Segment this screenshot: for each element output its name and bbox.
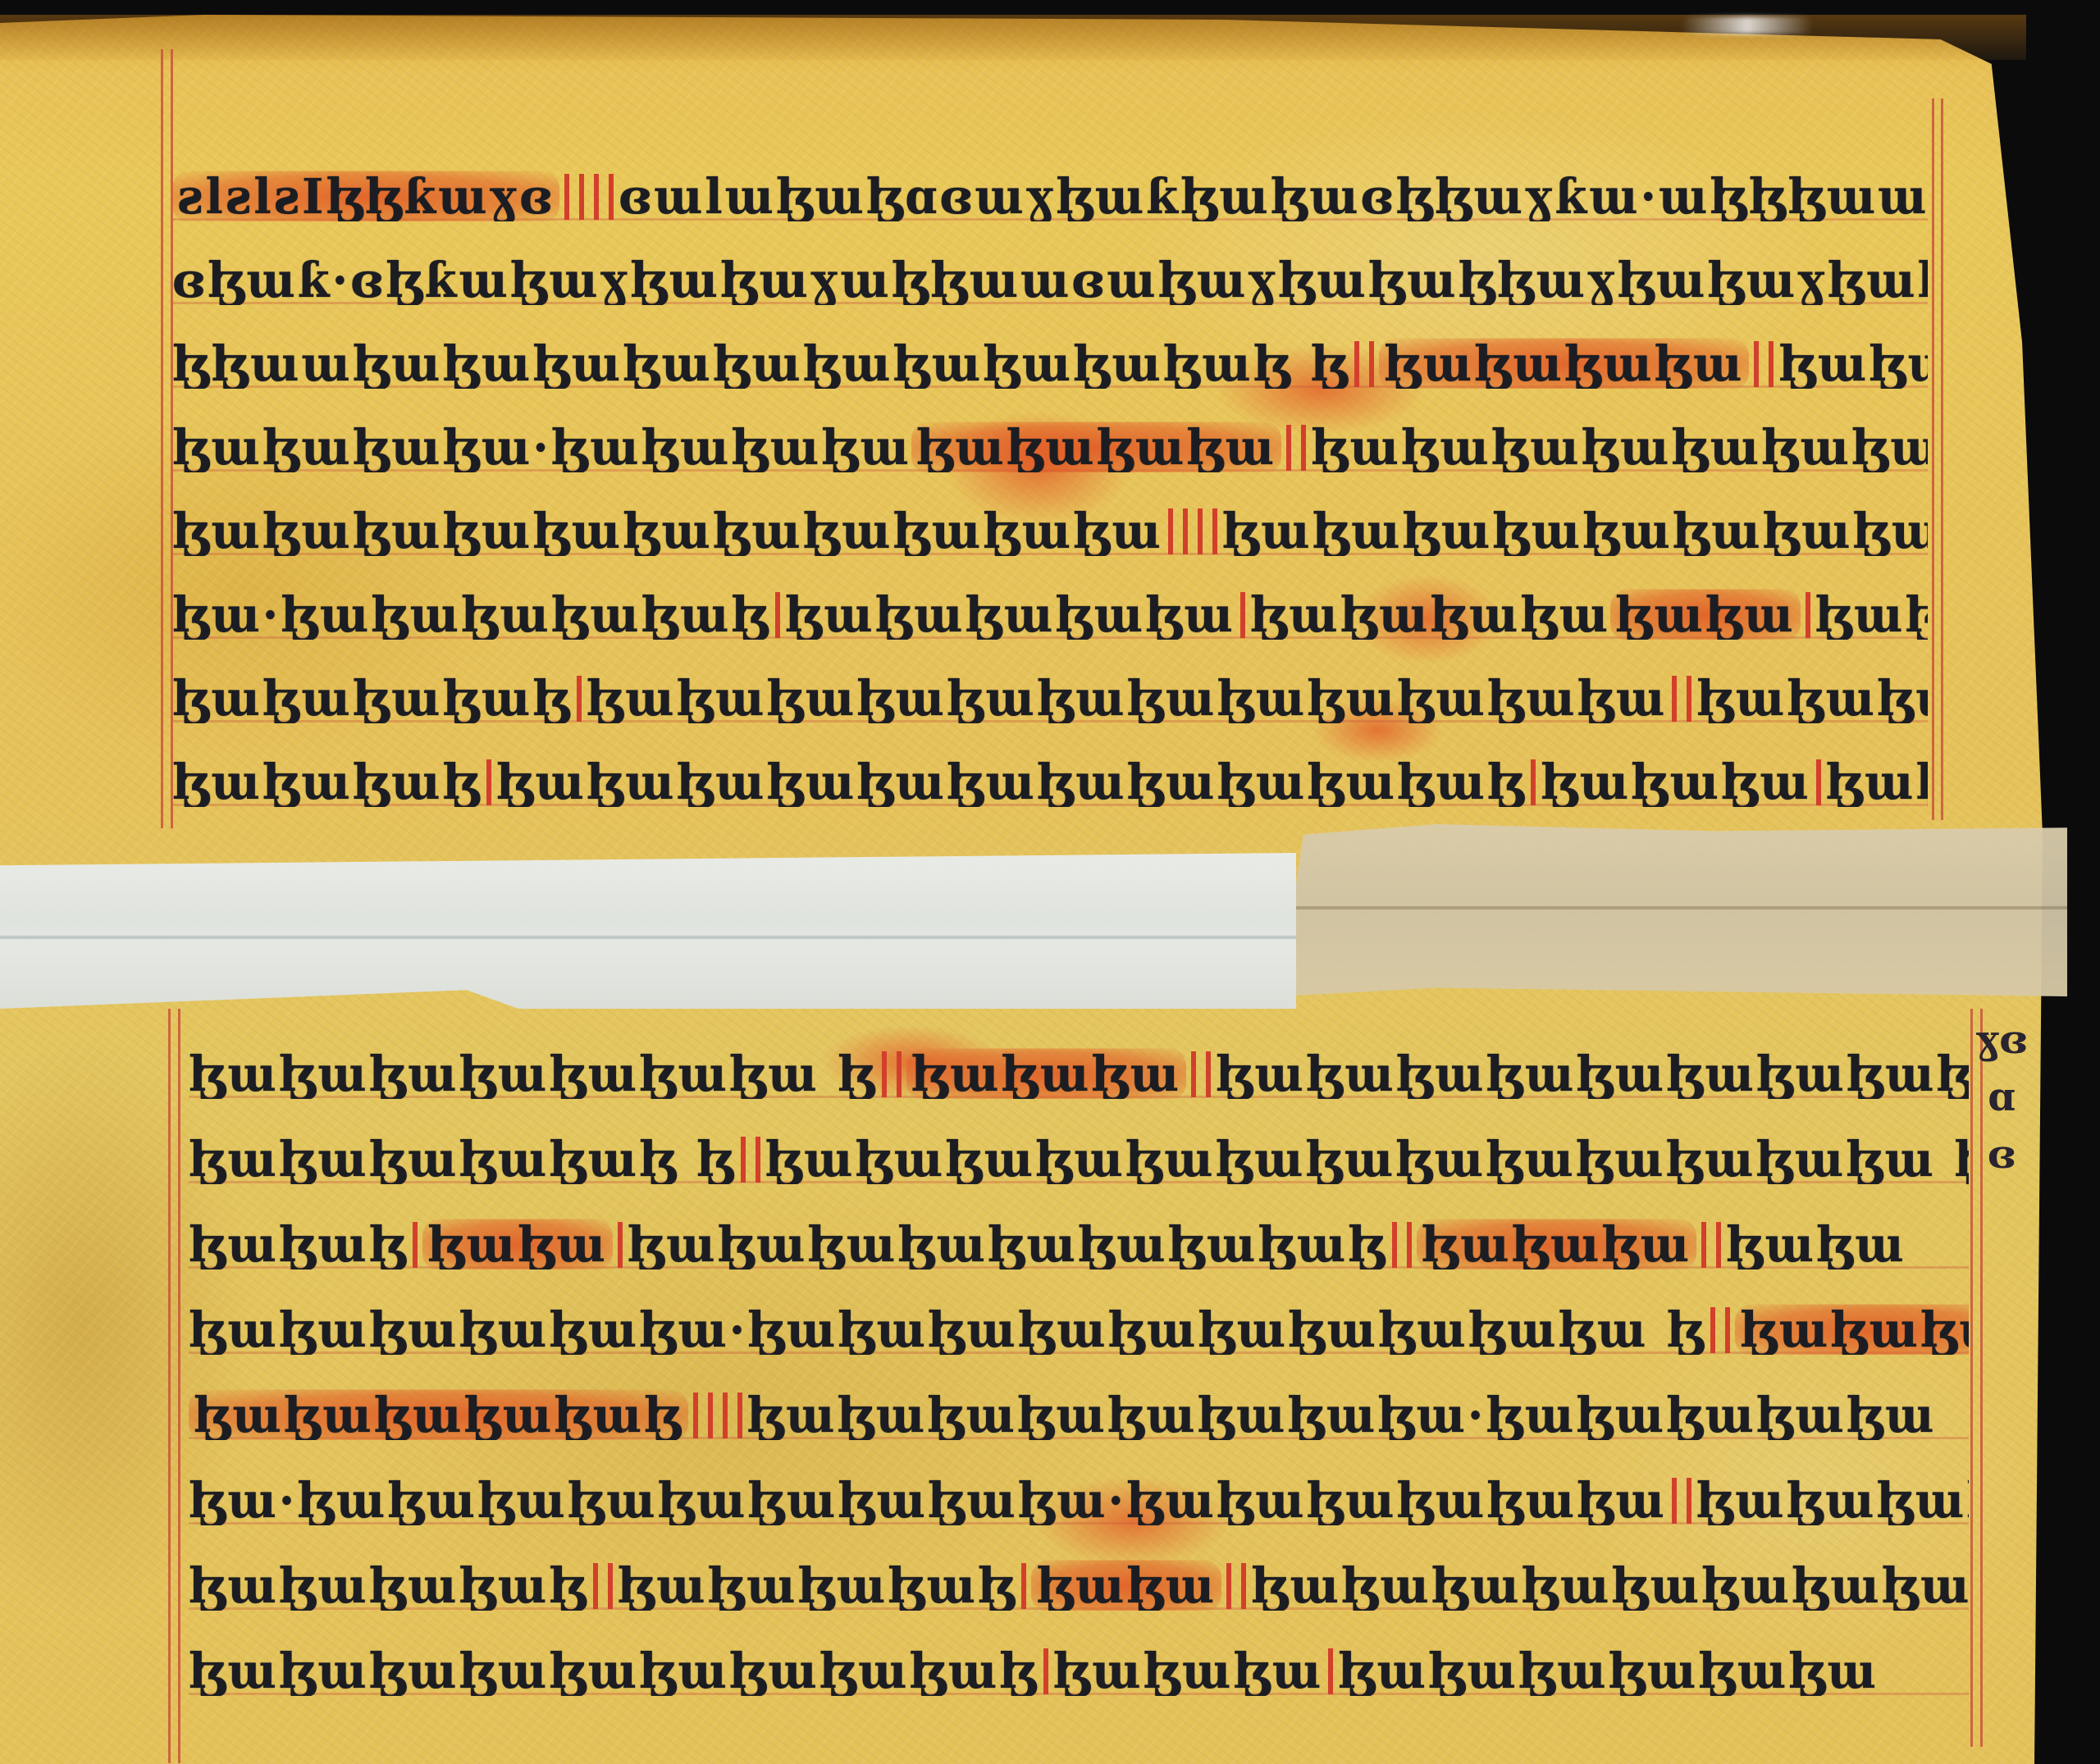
manuscript-line: ɮɯɮɯɮɯɮɯɮɮɯɮɯɮɯɮɯɮɯɮɯɮɯɮɯɮɯɮɯɮɯɮɯɮɯɮɯɮɯɮ… [172,666,1928,723]
manuscript-line: ɮɯɮɯɮɯɮɯɮɯɮɯɮɯɮɯɮɯɮɮɯɮɯɮɯɮɯɮɯɮɯɮɯɮɯɮɯ [189,1639,1969,1696]
text-segment: ɮɯɮɯɮɯɮɯɮɯɮɯɮɯɮɯɮɯɮɯ [1311,422,1928,473]
highlighted-text-segment: ɮɯɮɯ [1610,590,1801,640]
red-danda-mark [1212,508,1217,554]
manuscript-line: ɮɯɮɯɮɯɮɯɮɮɯɮɯɮɯɮɯɮɮɯɮɯɮɯɮɯɮɯɮɯɮɯɮɯɮɯɮɯɮ [189,1553,1969,1611]
marginalia-glyph: ɞ [1988,1132,2016,1178]
red-danda-mark [1043,1648,1048,1694]
red-danda-mark [1183,508,1188,554]
red-danda-mark [593,1563,598,1609]
left-margin-rule [178,1009,180,1763]
manuscript-line: ɮɯɮɯɮɯɮɯɮɯɮ ɮɮɯɮɯɮɯɮɯɮɯɮɯɮɯɮɯɮɯɮɯɮɯɮɯɮɯ … [189,1127,1969,1184]
red-danda-mark [1198,508,1203,554]
text-segment: ɮɯɮɯɮɯɮɯ·ɮɯɮɯɮɯɮɯ [172,422,911,473]
red-danda-mark [594,174,599,220]
red-danda-mark [737,1393,742,1438]
text-segment: ɮɯɮɯɮɯɮɯɮ [189,1561,588,1611]
manuscript-line: ɮɯɮɯɮɮɯɮɯɮɯɮɯɮɯɮɯɮɯɮɯɮɯɮɯɮɮɯɮɯɮɯɮɯɮɯ [189,1212,1969,1269]
red-danda-mark [609,174,614,220]
manuscript-line: ƨlƨlƨIɮɮƙɯɣɞɞɯlɯɮɯɮɑɞɯɣɮɯƙɮɯɮɯɞɮɮɯɣƙɯ·ɯɮ… [172,164,1928,221]
manuscript-line: ɞɮɯƙ·ɞɮƙɯɮɯɣɮɯɮɯɣɯɮɮɯɯɞɯɮɯɣɮɯɮɯɮɮɯɣɮɯɮɯɣ… [172,248,1928,305]
red-danda-mark [693,1393,698,1438]
highlighted-text-segment: ɮɯɮɯɮɯ [1735,1305,1969,1356]
highlighted-text-segment: ɮɯɮɯ [422,1219,613,1270]
red-danda-mark [741,1137,746,1183]
left-margin-rule [161,49,163,828]
red-danda-mark [1710,1307,1715,1353]
text-segment: ɮɯɮɯɮɯɮɯɮɯɮɯɮɯɮɯ·ɮɯɮɯɮɯɮɯɮɯ [747,1390,1937,1441]
manuscript-line: ɮɯɮɯɮɯɮɮɯɮɯɮɯɮɯɮɯɮɯɮɯɮɯɮɯɮɯɮɯɮɮɯɮɯɮɯɮɯɮɮ… [172,750,1928,807]
text-segment: ɮɯɮɯɮɯɮɯɮ [618,1561,1017,1611]
red-danda-mark [413,1222,418,1268]
red-danda-mark [1769,341,1774,387]
text-segment: ɮɯɮɯɮ [189,1219,408,1270]
text-segment: ɮɯɮɯɮɯɮɯɮɯɮɯɮɯɮɯɮɯɮɯɮɯɮɯ [587,673,1668,724]
left-margin-rule [168,1009,171,1763]
text-segment: ɮɯɮɯɮɯ [1053,1646,1323,1697]
red-danda-mark [1301,425,1306,471]
red-danda-mark [486,759,491,805]
highlighted-text-segment: ɮɯɮɯɮɯɮɯ [911,422,1281,473]
red-danda-mark [608,1563,613,1609]
right-margin-rule [1932,98,1934,820]
text-segment: ɮɯ·ɮɯɮɯɮɯɮɯɮɯɮɯɮɯɮɯɮɯ·ɮɯɮɯɮɯɮɯɮɯɮɯ [189,1475,1667,1526]
red-danda-mark [1725,1307,1730,1353]
red-danda-mark [1687,1478,1691,1524]
red-danda-mark [1407,1222,1412,1268]
red-danda-mark [897,1051,902,1097]
highlighted-text-segment: ɮɯɮɯɮɯɮɯɮɯɮ [189,1390,688,1441]
text-segment: ɮɯɮɯɮɯɮɯɮɯɮɯɮɯɮɯɮɯɮɯɮɯɮ [1222,506,1928,557]
red-danda-mark [882,1051,887,1097]
text-segment: ɮɯɮɯɮɯɮɯɮɯɮɯɮɯɮɯɮɯɮɯɮɯɮ [496,757,1526,808]
text-segment: ɮɯɮɯɮɯɮɯɮɯɮɯɮɯ ɮ [189,1049,877,1100]
manuscript-line: ɮɮɯɯɮɯɮɯɮɯɮɯɮɯɮɯɮɯɮɯɮɯɮɯɮ ɮɮɯɮɯɮɯɮɯɮɯɮɯɮ… [172,331,1928,389]
red-danda-mark [1392,1222,1397,1268]
highlighted-text-segment: ɮɯɮɯ [1031,1561,1221,1611]
manuscript-line: ɮɯɮɯɮɯɮɯɮɯɮɮɯɮɯɮɯɮɯɮɯɮɯɮɯɮɯ·ɮɯɮɯɮɯɮɯɮɯ [189,1383,1969,1440]
tape-crease [0,935,1296,940]
right-margin-rule [1970,1009,1973,1747]
highlighted-text-segment: ɮɯɮɯɮɯɮɯ [1379,339,1749,390]
red-danda-mark [1716,1222,1721,1268]
red-danda-mark [1754,341,1759,387]
red-danda-mark [1816,759,1821,805]
red-danda-mark [1168,508,1173,554]
marginalia-glyph: ɑ [1988,1074,2016,1120]
text-segment: ɮɯɮɯɮɯɮɯ [1250,590,1610,640]
manuscript-line: ɮɯ·ɮɯɮɯɮɯɮɯɮɯɮɯɮɯɮɯɮɯ·ɮɯɮɯɮɯɮɯɮɯɮɯɮɯɮɯɮɯ… [189,1468,1969,1525]
manuscript-line: ɮɯɮɯɮɯɮɯ·ɮɯɮɯɮɯɮɯɮɯɮɯɮɯɮɯɮɯɮɯɮɯɮɯɮɯɮɯɮɯɮ… [172,415,1928,472]
text-segment: ɮɯɮɯɮɯɮɯɮɯɮɯɮɯɮɯɮɯɮɯɮɯɮɯɮɯ ɮ [765,1134,1969,1185]
marginalia-glyph: ɣɞ [1975,1017,2027,1063]
text-segment: ɮɯɮɯɮɯ [1541,757,1810,808]
red-danda-mark [1286,425,1291,471]
highlighted-text-segment: ƨlƨlƨIɮɮƙɯɣɞ [172,171,559,222]
text-segment: ɮɮɯɯɮɯɮɯɮɯɮɯɮɯɮɯɮɯɮɯɮɯɮɯɮ ɮ [172,339,1349,390]
red-danda-mark [1672,1478,1677,1524]
text-segment: ɮɯɮɯɮɯɮɯɮɯɮɯ [1338,1646,1879,1697]
red-danda-mark [1226,1563,1231,1609]
manuscript-line: ɮɯɮɯɮɯɮɯɮɯɮɯɮɯ ɮɮɯɮɯɮɯɮɯɮɯɮɯɮɯɮɯɮɯɮɯɮɯɮɯ… [189,1042,1969,1099]
text-segment: ɮɯɮɯɮɯɮ [1696,1475,1969,1526]
text-segment: ɮɯɮɯɮɯɮɯɮɯɮɯɮɯɮɯɮ [1251,1561,1969,1611]
red-danda-mark [1021,1563,1026,1609]
patch-crease [1280,906,2067,909]
red-danda-mark [775,592,780,638]
text-segment: ɮɯɮɯɮɯɮɯɮɯɮ ɮ [189,1134,736,1185]
red-danda-mark [579,174,584,220]
manuscript-line: ɮɯ·ɮɯɮɯɮɯɮɯɮɯɮɮɯɮɯɮɯɮɯɮɯɮɯɮɯɮɯɮɯɮɯɮɯɮɯɮɯ… [172,582,1928,640]
text-segment: ɮɯɮɯɮɯɮ [172,757,482,808]
text-segment: ɮɯɮɯ [1726,1219,1906,1270]
text-segment: ɮɯɮɯɮɯɮɯɮ [172,673,572,724]
text-segment: ɮɯɮ [1826,757,1928,808]
red-danda-mark [1672,676,1677,722]
red-danda-mark [1701,1222,1706,1268]
text-segment: ɮɯɮɯɮɯɮɯɮɯɮɯ·ɮɯɮɯɮɯɮɯɮɯɮɯɮɯɮɯɮɯɮɯ ɮ [189,1305,1705,1356]
text-segment: ɮɯɮɯɮɯɮɯɮɯɮɯɮ [1696,673,1928,724]
red-danda-mark [756,1137,760,1183]
red-danda-mark [1354,341,1359,387]
text-segment: ɞɯlɯɮɯɮɑɞɯɣɮɯƙɮɯɮɯɞɮɮɯɣƙɯ·ɯɮɮɮɯɯ [619,171,1928,222]
red-danda-mark [1328,1648,1333,1694]
highlighted-text-segment: ɮɯɮɯɮɯ [1417,1219,1696,1270]
text-segment: ɮɯɮɯɮɯɮɯɮɯɮɯɮɯɮɯɮ [628,1219,1387,1270]
white-tape-strip [0,853,1296,1009]
red-danda-mark [1806,592,1810,638]
manuscript-line: ɮɯɮɯɮɯɮɯɮɯɮɯ·ɮɯɮɯɮɯɮɯɮɯɮɯɮɯɮɯɮɯɮɯ ɮɮɯɮɯɮ… [189,1297,1969,1355]
red-danda-mark [708,1393,713,1438]
red-danda-mark [1241,1563,1246,1609]
red-danda-mark [723,1393,728,1438]
manuscript-line: ɮɯɮɯɮɯɮɯɮɯɮɯɮɯɮɯɮɯɮɯɮɯɮɯɮɯɮɯɮɯɮɯɮɯɮɯɮɯɮɯ… [172,499,1928,556]
right-margin-rule [1941,98,1943,820]
red-danda-mark [1369,341,1374,387]
red-danda-mark [564,174,569,220]
red-danda-mark [577,676,582,722]
text-segment: ɮɯɮɯɮɯɮɯɮɯɮ [1815,590,1928,640]
red-danda-mark [1687,676,1691,722]
text-segment: ɮɯ·ɮɯɮɯɮɯɮɯɮɯɮ [172,590,770,640]
text-segment: ɮɯɮɯɮɯɮɯɮɯɮɯɮɯɮɯɮɯɮɯɮ [1216,1049,1969,1100]
light-glare [1682,16,1813,34]
highlighted-text-segment: ɮɯɮɯɮɯ [906,1049,1186,1100]
red-danda-mark [1531,759,1536,805]
text-segment: ɮɯɮɯɮɯɮɯɮɯɮɯɮɯ [1778,339,1928,390]
red-danda-mark [1240,592,1245,638]
text-segment: ɮɯɮɯɮɯɮɯɮɯɮɯɮɯɮɯɮɯɮ [189,1646,1039,1697]
text-segment: ɮɯɮɯɮɯɮɯɮɯ [785,590,1235,640]
text-segment: ɞɮɯƙ·ɞɮƙɯɮɯɣɮɯɮɯɣɯɮɮɯɯɞɯɮɯɣɮɯɮɯɮɮɯɣɮɯɮɯɣ… [172,255,1928,306]
red-danda-mark [1206,1051,1211,1097]
folio-marginalia: ɣɞ ɑ ɞ [1977,1017,2026,1178]
red-danda-mark [1191,1051,1196,1097]
text-segment: ɮɯɮɯɮɯɮɯɮɯɮɯɮɯɮɯɮɯɮɯɮɯ [172,506,1163,557]
paper-repair-patch [1280,824,2067,996]
red-danda-mark [618,1222,623,1268]
